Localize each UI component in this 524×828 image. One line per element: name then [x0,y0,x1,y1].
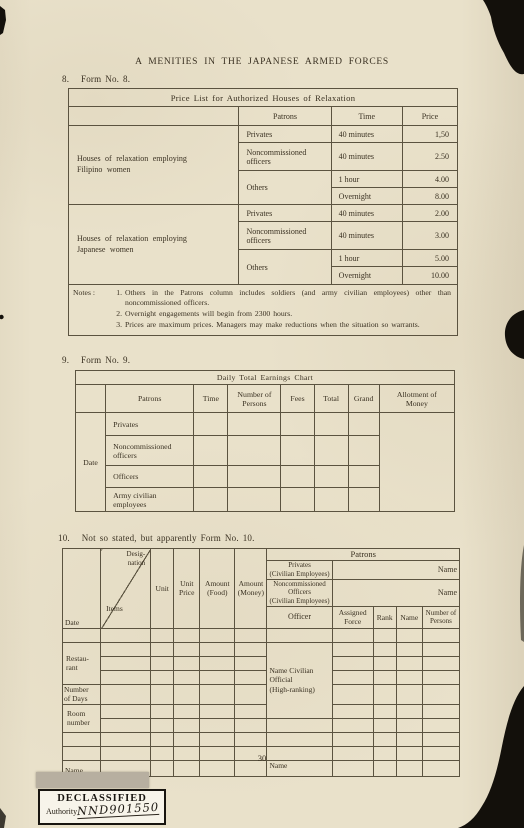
empty-cell [281,413,314,436]
time-cell: 40 minutes [331,126,402,143]
empty-cell [314,466,348,488]
col-header-grand: Grand [348,385,379,413]
civilian-official-label: Name Civilian Official (High-ranking) [267,642,332,718]
name-cell: Name [332,561,459,580]
time-cell: 1 hour [331,171,402,188]
declassified-stamp: DECLASSIFIED AuthorityNND901550 [38,789,166,825]
empty-cell [194,466,228,488]
empty-cell [281,488,314,512]
empty-cell [267,732,332,746]
empty-cell [200,670,235,684]
price-cell: 10.00 [402,267,457,285]
patron-cell: Privates [239,126,331,143]
designation-label: Desig- nation [127,549,149,568]
empty-cell [396,642,422,656]
col-header-total: Total [314,385,348,413]
patron-cell: Others [239,250,331,285]
note-text: Prices are maximum prices. Managers may … [125,320,451,330]
empty-cell [101,684,151,704]
time-cell: 40 minutes [331,222,402,250]
authority-handwriting: NND901550 [77,800,160,819]
note-number: 2. [109,309,125,319]
empty-cell [69,107,239,126]
empty-cell [235,670,267,684]
col-header-patrons: Patrons [106,385,194,413]
empty-cell [373,628,396,642]
empty-cell [194,413,228,436]
rank-header: Rank [373,606,396,628]
date-label: Date [76,413,106,512]
empty-cell [332,718,373,732]
empty-cell [101,718,151,732]
empty-cell [235,718,267,732]
time-cell: Overnight [331,188,402,205]
empty-cell [332,628,373,642]
note-text: Overnight engagements will begin from 23… [125,309,451,319]
name-cell: Name [332,579,459,606]
empty-cell [235,642,267,656]
assigned-force-header: Assigned Force [332,606,373,628]
empty-cell [174,642,200,656]
form9-table-title: Daily Total Earnings Chart [76,371,455,385]
empty-cell [281,466,314,488]
authority-label: Authority [46,807,77,816]
nco-label: Noncommissioned Officers (Civilian Emplo… [267,579,332,606]
col-header-fees: Fees [281,385,314,413]
price-cell: 3.00 [402,222,457,250]
empty-cell [228,466,281,488]
form8-table: Price List for Authorized Houses of Rela… [68,88,458,336]
empty-cell [200,684,235,704]
empty-cell [267,718,332,732]
empty-cell [373,656,396,670]
empty-cell [422,718,459,732]
empty-cell [373,704,396,718]
page-title: A MENITIES IN THE JAPANESE ARMED FORCES [0,57,524,67]
form9-heading: 9. Form No. 9. [62,355,130,365]
notes-label: Notes : [73,288,109,308]
empty-cell [396,628,422,642]
scanned-page: A MENITIES IN THE JAPANESE ARMED FORCES … [0,0,524,828]
empty-cell [235,628,267,642]
empty-cell [396,684,422,704]
row-label: Officers [106,466,194,488]
empty-cell [101,704,151,718]
privates-label: Privates (Civilian Employees) [267,561,332,580]
empty-cell [422,670,459,684]
note-number: 3. [109,320,125,330]
patron-cell: Noncommissioned officers [239,143,331,171]
empty-cell [194,436,228,466]
time-cell: 40 minutes [331,143,402,171]
patron-cell: Others [239,171,331,205]
price-cell: 2.50 [402,143,457,171]
empty-cell [332,642,373,656]
empty-cell [348,488,379,512]
col-header-persons: Number of Persons [228,385,281,413]
empty-cell [235,656,267,670]
empty-cell [200,718,235,732]
time-cell: 40 minutes [331,205,402,222]
empty-cell [174,670,200,684]
empty-cell [151,656,174,670]
empty-cell [235,732,267,746]
empty-cell [101,656,151,670]
tape-mark [36,772,149,788]
patrons-header: Patrons [267,549,460,561]
patron-cell: Noncommissioned officers [239,222,331,250]
empty-cell [373,684,396,704]
price-cell: 1,50 [402,126,457,143]
empty-cell [396,704,422,718]
empty-cell [396,718,422,732]
form10-heading: 10. Not so stated, but apparently Form N… [58,533,255,543]
number-of-persons-header: Number of Persons [422,606,459,628]
empty-cell [348,436,379,466]
empty-cell [200,704,235,718]
empty-cell [200,628,235,642]
empty-cell [235,704,267,718]
time-cell: 1 hour [331,250,402,267]
empty-cell [101,732,151,746]
spacer [73,309,109,319]
patron-cell: Privates [239,205,331,222]
empty-cell [228,413,281,436]
empty-cell [151,704,174,718]
empty-cell [373,732,396,746]
empty-cell [422,684,459,704]
authority-line: AuthorityNND901550 [40,803,164,818]
col-header-time: Time [194,385,228,413]
note-text: Others in the Patrons column includes so… [125,288,451,308]
empty-cell [332,656,373,670]
empty-cell [200,656,235,670]
empty-cell [332,670,373,684]
empty-cell [228,488,281,512]
officer-label: Officer [267,606,332,628]
empty-cell [332,704,373,718]
col-header-patrons: Patrons [239,107,331,126]
room-number-label: Room number [63,704,101,732]
empty-cell [151,642,174,656]
empty-cell [200,732,235,746]
empty-cell [348,413,379,436]
empty-cell [101,670,151,684]
col-header-price: Price [402,107,457,126]
empty-cell [267,628,332,642]
empty-cell [174,704,200,718]
empty-cell [63,628,101,642]
empty-cell [200,642,235,656]
empty-cell [314,413,348,436]
empty-cell [396,656,422,670]
designation-items-header: Desig- nation Items [101,549,151,629]
empty-cell [76,385,106,413]
unit-header: Unit [151,549,174,629]
page-number: 30 [0,753,524,763]
row-label: Privates [106,413,194,436]
number-of-days-label: Number of Days [63,684,101,704]
spacer [73,320,109,330]
empty-cell [63,732,101,746]
items-label: Items [103,604,123,615]
empty-cell [194,488,228,512]
form8-heading: 8. Form No. 8. [62,74,130,84]
empty-cell [379,413,454,512]
empty-cell [174,628,200,642]
empty-cell [235,684,267,704]
form9-table: Daily Total Earnings Chart Patrons Time … [75,370,455,512]
empty-cell [422,628,459,642]
empty-cell [151,628,174,642]
empty-cell [151,732,174,746]
restaurant-label: Restau- rant [63,642,101,684]
empty-cell [422,704,459,718]
empty-cell [101,642,151,656]
row-label: Noncommissioned officers [106,436,194,466]
group-label-japanese: Houses of relaxation employing Japanese … [69,205,239,285]
note-number: 1. [109,288,125,308]
price-cell: 8.00 [402,188,457,205]
empty-cell [174,732,200,746]
row-label: Army civilian employees [106,488,194,512]
empty-cell [228,436,281,466]
empty-cell [174,684,200,704]
empty-cell [151,670,174,684]
empty-cell [373,642,396,656]
empty-cell [174,718,200,732]
amount-money-header: Amount (Money) [235,549,267,629]
time-cell: Overnight [331,267,402,285]
empty-cell [396,670,422,684]
empty-cell [332,732,373,746]
amount-food-header: Amount (Food) [200,549,235,629]
empty-cell [151,718,174,732]
notes-box: Notes : 1. Others in the Patrons column … [69,285,458,336]
group-label-filipino: Houses of relaxation employing Filipino … [69,126,239,205]
form8-table-title: Price List for Authorized Houses of Rela… [69,89,458,107]
price-cell: 5.00 [402,250,457,267]
empty-cell [422,642,459,656]
empty-cell [348,466,379,488]
empty-cell [101,628,151,642]
empty-cell [281,436,314,466]
col-header-allotment: Allotment of Money [379,385,454,413]
empty-cell [314,436,348,466]
empty-cell [314,488,348,512]
empty-cell [373,670,396,684]
form10-table: Date Desig- nation Items Unit Unit Price… [62,548,460,777]
date-header: Date [63,549,101,629]
empty-cell [396,732,422,746]
empty-cell [332,684,373,704]
price-cell: 2.00 [402,205,457,222]
empty-cell [151,684,174,704]
unit-price-header: Unit Price [174,549,200,629]
name-header: Name [396,606,422,628]
price-cell: 4.00 [402,171,457,188]
col-header-time: Time [331,107,402,126]
empty-cell [373,718,396,732]
empty-cell [422,732,459,746]
empty-cell [422,656,459,670]
empty-cell [174,656,200,670]
